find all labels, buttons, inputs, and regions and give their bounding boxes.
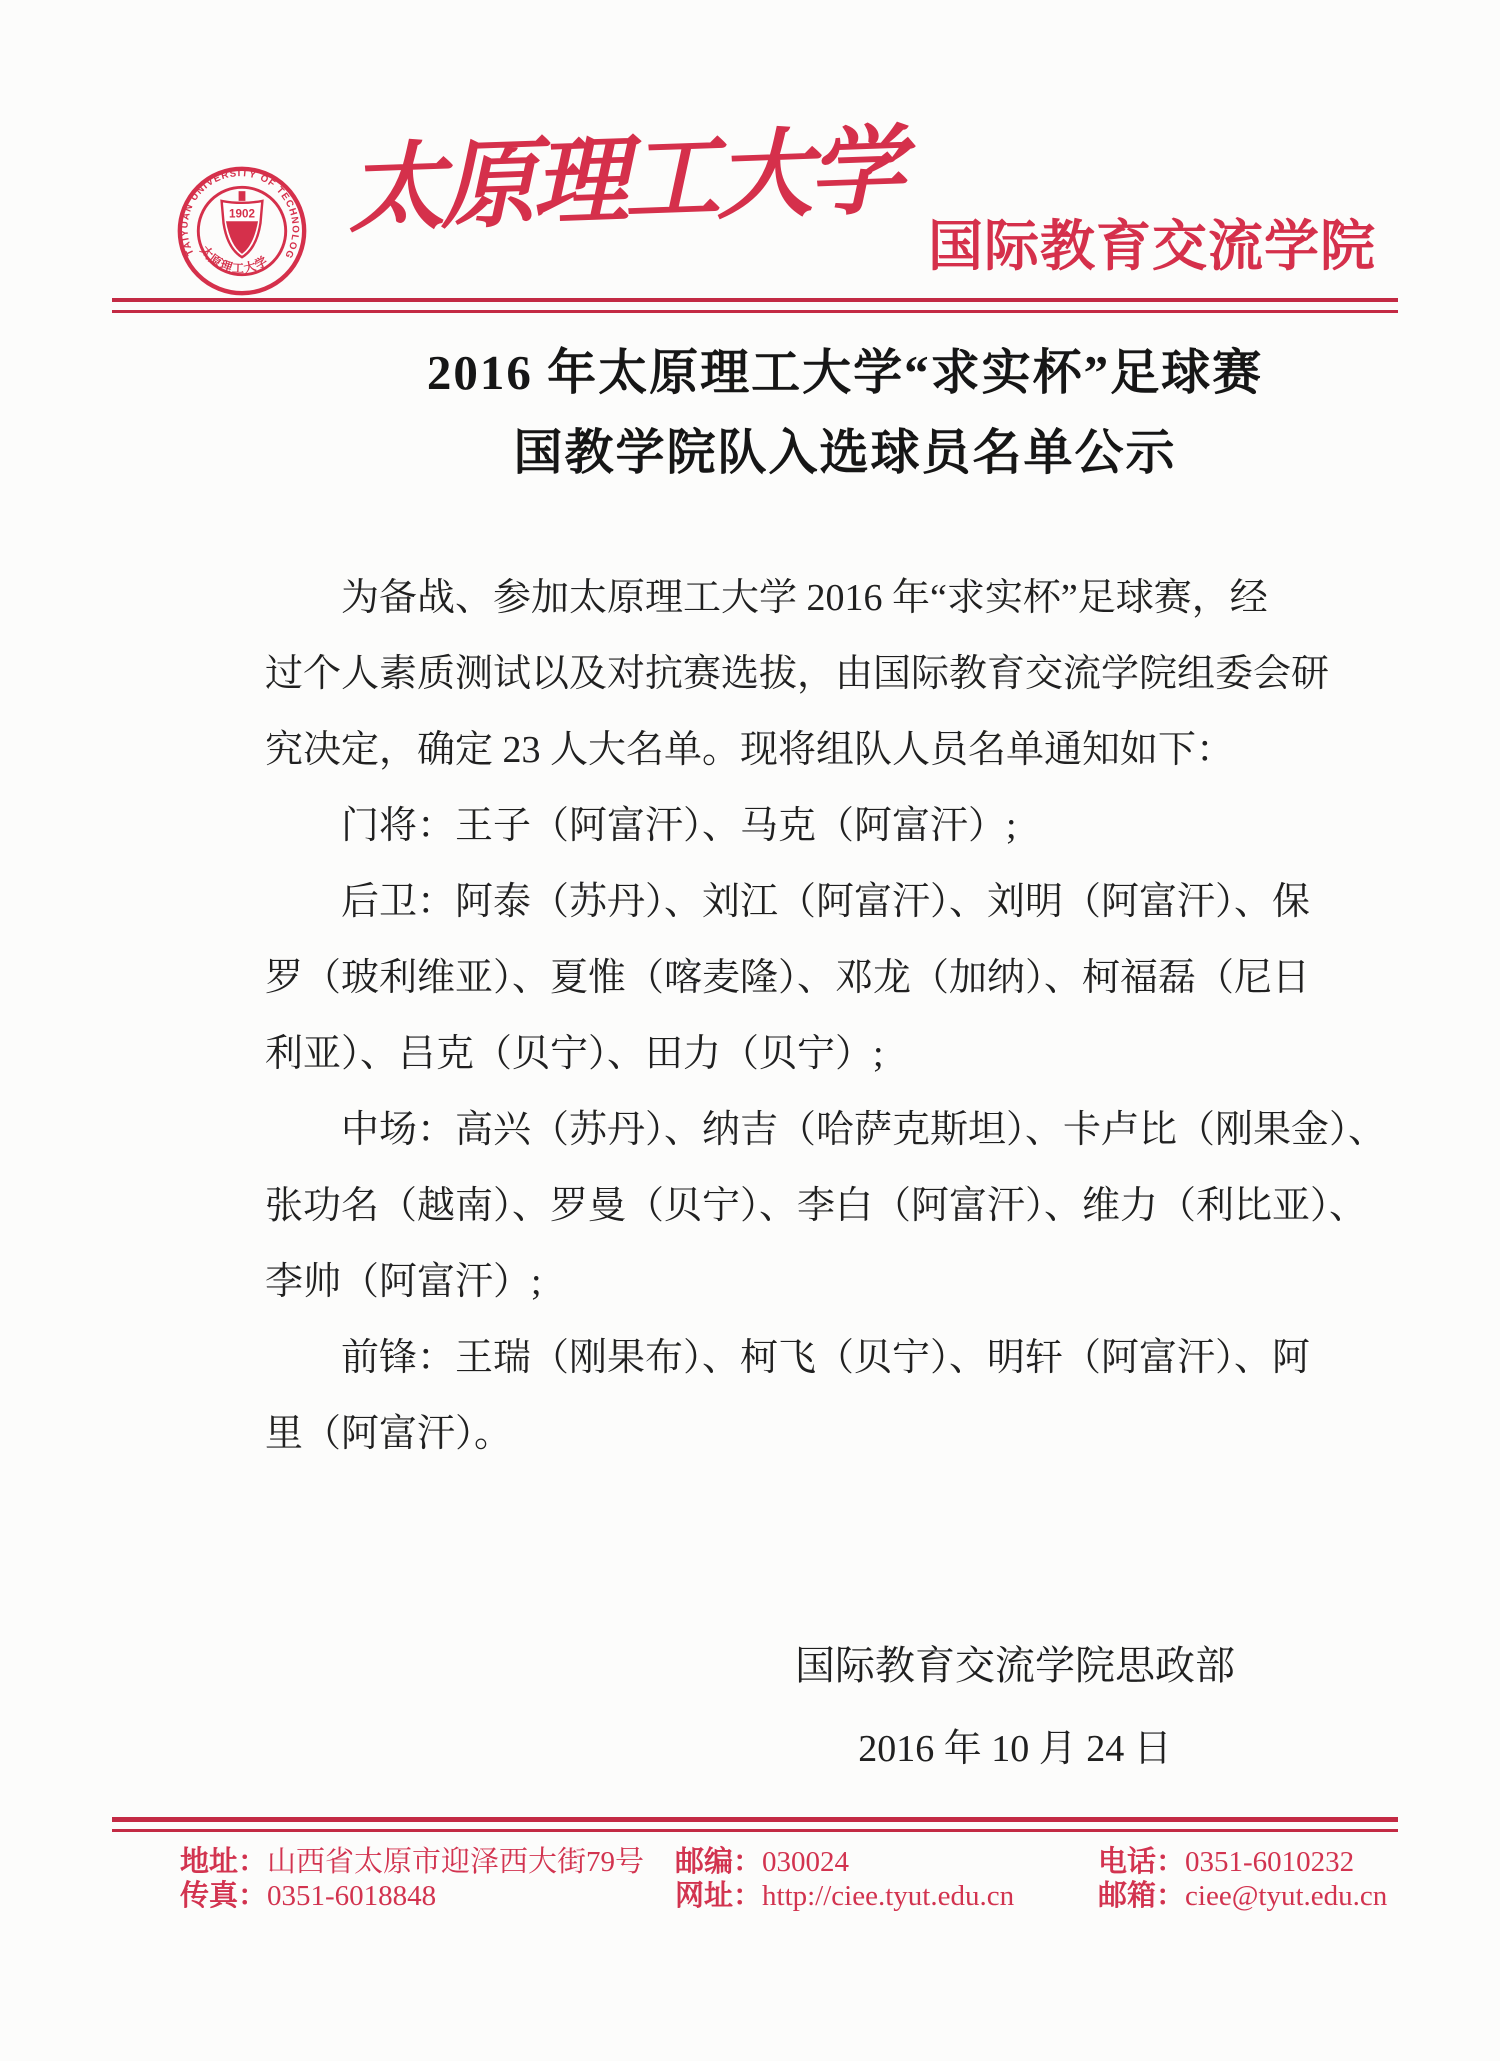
footer-phone-value: 0351-6010232 (1185, 1846, 1354, 1878)
footer-phone-label: 电话： (1098, 1846, 1185, 1878)
document-title-line1: 2016 年太原理工大学“求实杯”足球赛 (190, 334, 1500, 404)
scanned-document-page: TAIYUAN UNIVERSITY OF TECHNOLOGY 太原理工大学 … (0, 0, 1500, 2061)
body-line-goalkeepers: 门将：王子（阿富汗）、马克（阿富汗）; (265, 788, 1325, 864)
university-seal-logo: TAIYUAN UNIVERSITY OF TECHNOLOGY 太原理工大学 … (174, 163, 310, 299)
seal-shield-stem (239, 191, 246, 201)
signature-date: 2016 年 10 月 24 日 (765, 1717, 1265, 1772)
document-title-line2: 国教学院队入选球员名单公示 (190, 414, 1500, 484)
signature-department: 国际教育交流学院思政部 (765, 1634, 1265, 1691)
body-line: 过个人素质测试以及对抗赛选拔，由国际教育交流学院组委会研 (265, 636, 1325, 712)
footer-postcode-label: 邮编： (675, 1846, 762, 1878)
body-line-midfielders: 中场：高兴（苏丹）、纳吉（哈萨克斯坦）、卡卢比（刚果金）、 (265, 1092, 1325, 1168)
footer-postcode-value: 030024 (762, 1846, 849, 1878)
college-name: 国际教育交流学院 (928, 216, 1376, 278)
body-line-defenders: 罗（玻利维亚）、夏惟（喀麦隆）、邓龙（加纳）、柯福磊（尼日 (265, 940, 1325, 1016)
seal-shield-fill (226, 221, 258, 254)
seal-year: 1902 (229, 207, 255, 220)
body-line-forwards: 前锋：王瑞（刚果布）、柯飞（贝宁）、明轩（阿富汗）、阿 (265, 1320, 1325, 1396)
body-line-midfielders: 张功名（越南）、罗曼（贝宁）、李白（阿富汗）、维力（利比亚）、 (265, 1168, 1325, 1244)
header-rule-thin (112, 310, 1398, 313)
body-line-midfielders: 李帅（阿富汗）; (265, 1244, 1325, 1320)
footer-fax-value: 0351-6018848 (267, 1880, 436, 1912)
footer-website: 网址：http://ciee.tyut.edu.cn (675, 1880, 1014, 1912)
footer-email-value: ciee@tyut.edu.cn (1185, 1880, 1387, 1912)
header-rule-thick (112, 298, 1398, 302)
footer-phone: 电话：0351-6010232 (1098, 1846, 1354, 1878)
body-line-defenders: 后卫：阿泰（苏丹）、刘江（阿富汗）、刘明（阿富汗）、保 (265, 864, 1325, 940)
footer-fax: 传真：0351-6018848 (180, 1880, 436, 1912)
footer-address-value: 山西省太原市迎泽西大街79号 (267, 1846, 644, 1878)
university-name-calligraphy: 太原理工大学 (346, 116, 909, 245)
footer-postcode: 邮编：030024 (675, 1846, 849, 1878)
body-line-forwards: 里（阿富汗）。 (265, 1396, 1325, 1472)
footer-rule-thin (112, 1829, 1398, 1832)
body-line: 究决定，确定 23 人大名单。现将组队人员名单通知如下： (265, 712, 1325, 788)
footer-address-label: 地址： (180, 1846, 267, 1878)
footer-email-label: 邮箱： (1098, 1880, 1185, 1912)
footer-website-value: http://ciee.tyut.edu.cn (762, 1880, 1014, 1912)
footer-fax-label: 传真： (180, 1880, 267, 1912)
footer-email: 邮箱：ciee@tyut.edu.cn (1098, 1880, 1387, 1912)
footer-website-label: 网址： (675, 1880, 762, 1912)
body-line: 为备战、参加太原理工大学 2016 年“求实杯”足球赛，经 (265, 560, 1325, 636)
footer-rule-thick (112, 1817, 1398, 1822)
document-body: 为备战、参加太原理工大学 2016 年“求实杯”足球赛，经 过个人素质测试以及对… (265, 560, 1325, 1472)
footer-address: 地址：山西省太原市迎泽西大街79号 (180, 1846, 644, 1878)
body-line-defenders: 利亚）、吕克（贝宁）、田力（贝宁）; (265, 1016, 1325, 1092)
